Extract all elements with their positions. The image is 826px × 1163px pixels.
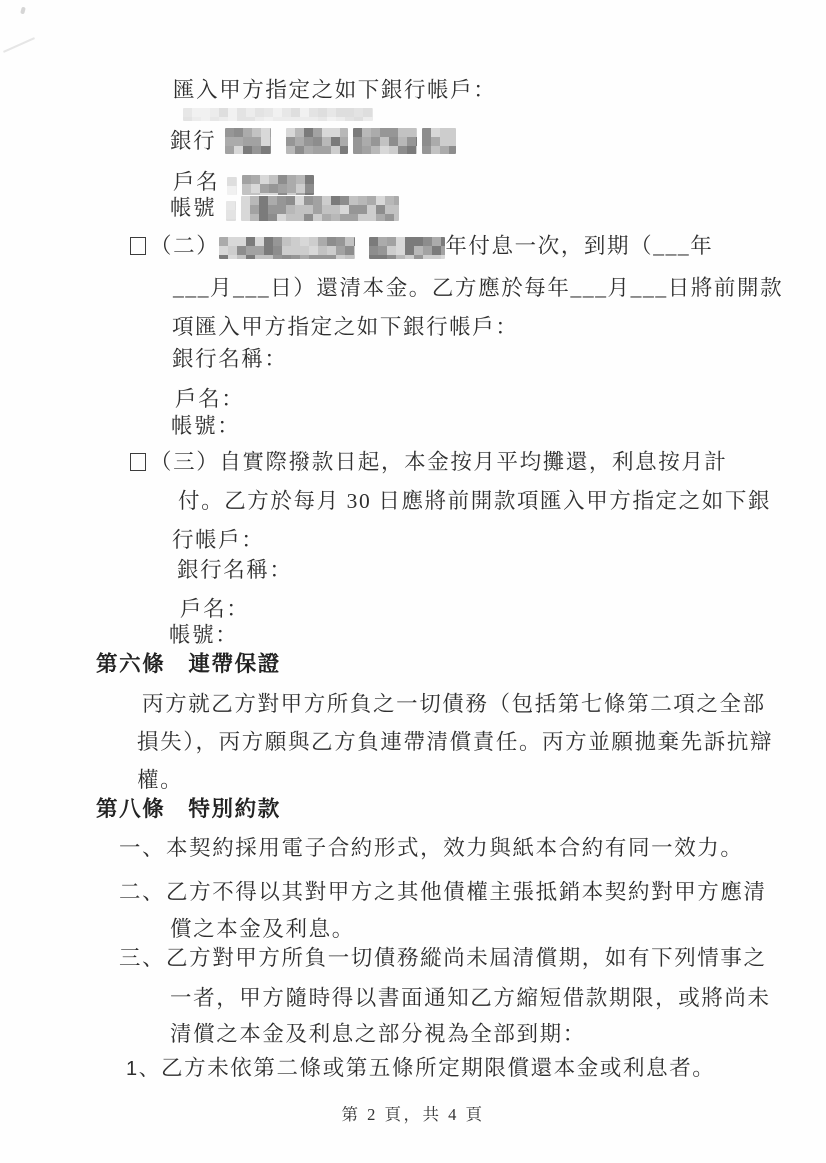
option-3-line3: 行帳戶： xyxy=(172,528,264,554)
page-number-indicator: 第 2 頁，共 4 頁 xyxy=(0,1101,826,1125)
article-8-item-1: 一、本契約採用電子合約形式，效力與紙本合約有同一效力。 xyxy=(119,836,744,862)
subitem-1-number: 1、 xyxy=(126,1057,161,1081)
option-3-bank-name-field: 銀行名稱： xyxy=(177,558,293,584)
option-3-account-name-field: 戶名： xyxy=(180,597,249,623)
account-name-row: 戶名 xyxy=(173,170,314,196)
option-2-line2: ___月___日）還清本金。乙方應於每年___月___日將前開款 xyxy=(173,276,783,302)
option-3-line1: （三）自實際撥款日起，本金按月平均攤還，利息按月計 xyxy=(130,450,728,476)
account-no-label: 帳號 xyxy=(170,196,216,220)
article-8-item-3-line3: 清償之本金及利息之部分視為全部到期： xyxy=(170,1022,586,1048)
option-3-line2: 付。乙方於每月 30 日應將前開款項匯入甲方指定之如下銀 xyxy=(178,489,771,515)
article-6-body-line3: 權。 xyxy=(137,768,183,794)
option-3-number: （三） xyxy=(150,450,219,474)
redaction-bank-2 xyxy=(286,128,348,154)
option-2-account-no-field: 帳號： xyxy=(171,414,240,440)
redaction-faint-strip xyxy=(183,108,373,121)
article-8-item-2-line2: 償之本金及利息。 xyxy=(170,917,355,943)
account-name-label: 戶名 xyxy=(173,170,219,194)
scan-streak-artifact xyxy=(3,37,35,53)
option-2-account-name-field: 戶名： xyxy=(175,387,244,413)
redaction-no-lead xyxy=(226,201,236,221)
item-1-number: 一、 xyxy=(119,836,166,862)
option-2-text-tail: 年付息一次，到期（___年 xyxy=(445,234,713,258)
redaction-bank-4 xyxy=(422,128,456,154)
redaction-bank-1 xyxy=(225,128,271,154)
bank-label: 銀行 xyxy=(170,129,216,153)
item-2-text-line1: 乙方不得以其對甲方之其他債權主張抵銷本契約對甲方應清 xyxy=(166,880,767,904)
item-2-number: 二、 xyxy=(119,880,166,906)
option-3-text: 自實際撥款日起，本金按月平均攤還，利息按月計 xyxy=(219,450,727,474)
item-3-number: 三、 xyxy=(119,946,166,972)
option-3-checkbox xyxy=(130,453,146,471)
article-8-item-3-line2: 一者，甲方隨時得以書面通知乙方縮短借款期限，或將尚未 xyxy=(170,986,771,1012)
article-8-item-3-line1: 三、乙方對甲方所負一切債務縱尚未屆清償期，如有下列情事之 xyxy=(119,946,767,972)
option-2-number: （二） xyxy=(150,234,219,258)
account-no-row: 帳號 xyxy=(170,196,399,222)
scan-speck-artifact xyxy=(20,7,26,15)
item-3-text-line1: 乙方對甲方所負一切債務縱尚未屆清償期，如有下列情事之 xyxy=(166,946,767,970)
subitem-1-text: 乙方未依第二條或第五條所定期限償還本金或利息者。 xyxy=(161,1056,715,1080)
article-6-body-line2: 損失），丙方願與乙方負連帶清償責任。丙方並願拋棄先訴抗辯 xyxy=(137,730,773,756)
article-6-heading: 第六條 連帶保證 xyxy=(96,652,281,678)
redaction-opt2-2 xyxy=(369,237,445,259)
option-2-line1: （二）年付息一次，到期（___年 xyxy=(130,234,713,260)
item-1-text: 本契約採用電子合約形式，效力與紙本合約有同一效力。 xyxy=(166,836,744,860)
redaction-no xyxy=(241,196,399,221)
option-2-bank-name-field: 銀行名稱： xyxy=(172,347,288,373)
option-3-account-no-field: 帳號： xyxy=(169,623,238,649)
option-2-line3: 項匯入甲方指定之如下銀行帳戶： xyxy=(172,315,519,341)
article-6-body-line1: 丙方就乙方對甲方所負之一切債務（包括第七條第二項之全部 xyxy=(142,692,766,718)
article-8-item-2-line1: 二、乙方不得以其對甲方之其他債權主張抵銷本契約對甲方應清 xyxy=(119,880,767,906)
redaction-bank-3 xyxy=(353,128,417,154)
redaction-name-lead xyxy=(227,177,237,195)
option-2-checkbox xyxy=(130,237,146,255)
redaction-opt2-1 xyxy=(219,237,355,259)
redaction-name xyxy=(242,175,314,195)
repayment-bank-intro: 匯入甲方指定之如下銀行帳戶： xyxy=(173,78,496,104)
scanned-contract-page: 匯入甲方指定之如下銀行帳戶： 銀行 戶名 帳號 （二）年付息一次，到期（___年… xyxy=(0,0,826,1163)
article-8-subitem-1: 1、乙方未依第二條或第五條所定期限償還本金或利息者。 xyxy=(126,1056,715,1082)
bank-row: 銀行 xyxy=(170,128,456,155)
article-8-heading: 第八條 特別約款 xyxy=(96,797,281,823)
